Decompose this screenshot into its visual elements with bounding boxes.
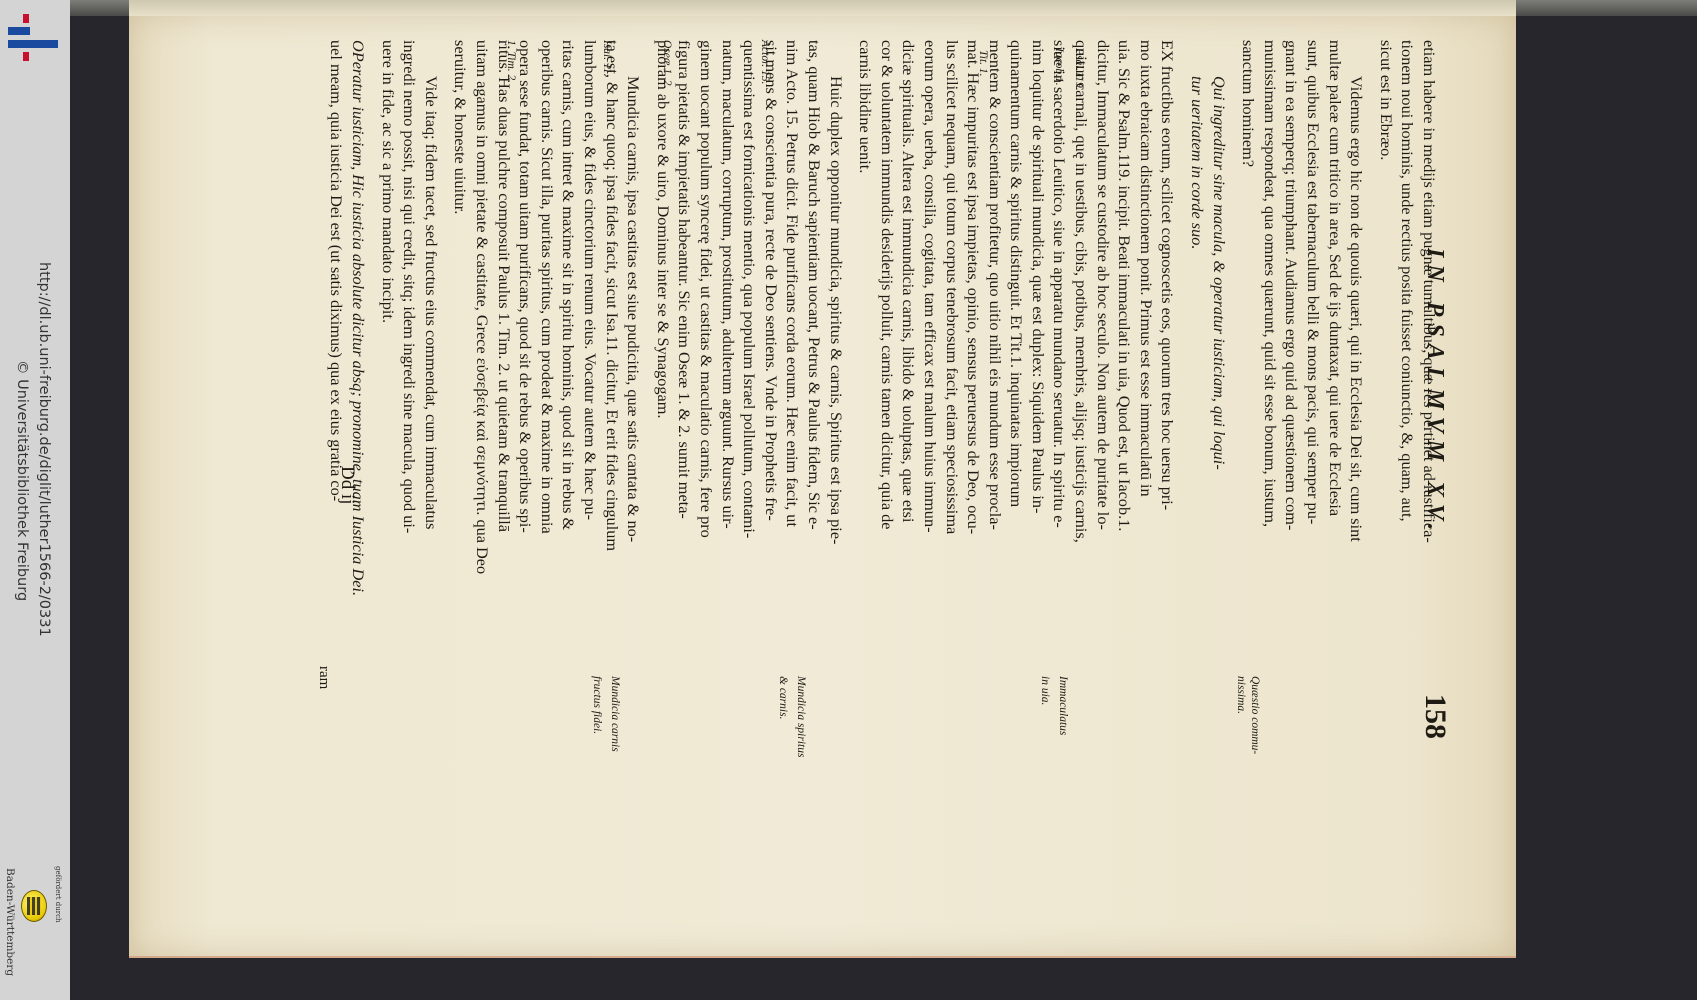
text-line: gnant in ea semperq; triumphant. Audiamu… [1281, 40, 1303, 720]
text-line: ritas carnis, cum intret & maxime sit in… [558, 40, 580, 720]
psalm-verse: tur ueritatem in corde suo. [1186, 40, 1208, 720]
text-line: munissimam respondeat, qua omnes quærunt… [1259, 40, 1281, 720]
text-line: uia. Sic & Psalm.119. incipit. Beati imm… [1114, 40, 1136, 720]
text-line: Videmus ergo hic non de quouis quæri, qu… [1346, 40, 1368, 720]
text-line: Mundicia carnis, ipsa castitas est siue … [623, 40, 645, 720]
margin-note: Mundicia carnis [608, 676, 622, 752]
text-line: eorum opera, uerba, consilia, cogitata, … [919, 40, 941, 720]
viewer-sidebar: http://dl.ub.uni-freiburg.de/diglit/luth… [0, 0, 71, 1000]
logo-red-mark-top [23, 14, 29, 23]
text-line: sicut est in Ebræo. [1375, 40, 1397, 720]
text-line: dicitur, Immaculatum se custodire ab hoc… [1092, 40, 1114, 720]
text-line: quinamentum carnis & spiritus distinguit… [1006, 40, 1028, 720]
margin-note: Iacob.1. [1052, 48, 1066, 86]
text-line: lumborum eius, & fides cinctorium renum … [579, 40, 601, 720]
logo-blue-bar-short [8, 27, 30, 35]
text-line: mat. Hæc impuritas est ipsa impietas, op… [963, 40, 985, 720]
margin-note: Oseæ 1. 2. [660, 40, 674, 89]
funding-label: gefördert durch [54, 866, 62, 923]
text-line: Huic duplex opponitur mundicia, spiritus… [825, 40, 847, 720]
spacer [644, 40, 652, 720]
text-line: ingredi nemo possit, nisi qui credit, si… [399, 40, 421, 720]
psalm-verse: Qui ingreditur sine macula, & operatur i… [1208, 40, 1230, 720]
text-line: tionem noui hominis, unde rectius posita… [1397, 40, 1419, 720]
text-line: tas, quam Hiob & Baruch sapientiam uocan… [803, 40, 825, 720]
text-line: multæ paleæ cum tritico in area, Sed de … [1324, 40, 1346, 720]
margin-note: Isai. 11. [600, 40, 614, 77]
text-line: carnis libidine uenit. [855, 40, 877, 720]
margin-note: Quæstio commu- [1248, 676, 1262, 754]
spacer [442, 40, 450, 720]
copyright-notice: © Universitätsbibliothek Freiburg [14, 360, 30, 601]
text-line: phoram ab uxore & uiro, Dominus inter se… [652, 40, 674, 720]
spacer [847, 40, 855, 720]
text-line: cor & uoluntatem immundis desiderijs pol… [876, 40, 898, 720]
text-line: uel meam, quia iusticia Dei est (ut sati… [326, 40, 348, 720]
text-line: ta est, & hanc quoq; ipsa fides facit, s… [601, 40, 623, 720]
text-line: Vide itaq; fidem tacet, sed fructus eius… [420, 40, 442, 720]
catchword: ram [315, 666, 332, 689]
signature-mark: Dd ij [336, 466, 358, 505]
funding-state: Baden-Württemberg [4, 868, 16, 976]
text-line: mentem & conscientiam profitetur, quo ui… [984, 40, 1006, 720]
margin-note: in uia. [1038, 676, 1052, 705]
spacer [1230, 40, 1238, 720]
margin-note: Actor. 15. [758, 40, 772, 84]
spacer [1367, 40, 1375, 720]
text-line: uitam agamus in omni pietate & castitate… [471, 40, 493, 720]
spacer [369, 40, 377, 720]
text-line: uere in fide, ac sic a primo mandato inc… [377, 40, 399, 720]
margin-note: 1. Tim. 2. [504, 40, 518, 83]
text-line: diciæ spiritualis. Altera est immundicia… [898, 40, 920, 720]
text-line: quitur carnali, quę in uestibus, cibis, … [1071, 40, 1093, 720]
logo-red-mark-bottom [23, 52, 29, 61]
text-line: operibus carnis. Sicut illa, puritas spi… [536, 40, 558, 720]
margin-note: Tit. 1. [976, 50, 990, 77]
text-line: OPeratur iusticiam, Hic iusticia absolut… [348, 40, 370, 720]
text-line: figura pietatis & impietatis habeantur. … [674, 40, 696, 720]
source-url[interactable]: http://dl.ub.uni-freiburg.de/diglit/luth… [36, 262, 52, 637]
margin-note: nissima. [1234, 676, 1248, 714]
logo-blue-bar-long [8, 40, 58, 48]
text-line: nim loquitur de spirituali mundicia, quæ… [1027, 40, 1049, 720]
text-line: mo iuxta ebraicam distinctionem ponit. P… [1135, 40, 1157, 720]
spacer [1178, 40, 1186, 720]
page-text-block: etiam habere in medijs etiam pugnæ tumul… [326, 40, 1440, 720]
margin-note: Immaculatus [1056, 676, 1070, 735]
margin-note: fructus fidei. [590, 676, 604, 734]
baden-wuerttemberg-crest-icon [21, 890, 47, 922]
text-line: sit mens & conscientia pura, recte de De… [760, 40, 782, 720]
text-line: nim Acto. 15. Petrus dicit. Fide purific… [782, 40, 804, 720]
text-line: lus scilicet nequam, qui totum corpus te… [941, 40, 963, 720]
text-line: EX fructibus eorum, scilicet cognoscetis… [1157, 40, 1179, 720]
text-line: etiam habere in medijs etiam pugnæ tumul… [1418, 40, 1440, 720]
margin-note: & carnis. [776, 676, 790, 719]
text-line: ritus. Has duas pulchre composuit Paulus… [493, 40, 515, 720]
text-line: ginem uocant populum syncerę fidei, ut c… [695, 40, 717, 720]
margin-note: Psal.119. [1072, 48, 1086, 91]
text-line: siue in sacerdotio Leuitico, siue in app… [1049, 40, 1071, 720]
text-line: quentissima est fornicationis mentio, qu… [739, 40, 761, 720]
uni-freiburg-logo-icon[interactable] [6, 10, 60, 60]
text-line: sanctum hominem? [1238, 40, 1260, 720]
text-line: natum, maculatum, corruptum, prostitutum… [717, 40, 739, 720]
text-line: sunt, quibus Ecclesia est tabernaculum b… [1302, 40, 1324, 720]
text-line: opera sese fundat, totam uitam purifican… [515, 40, 537, 720]
margin-note: Mundicia spiritus [794, 676, 808, 757]
text-line: seruitur, & honeste uiuitur. [450, 40, 472, 720]
page-top-fold [129, 0, 1516, 16]
